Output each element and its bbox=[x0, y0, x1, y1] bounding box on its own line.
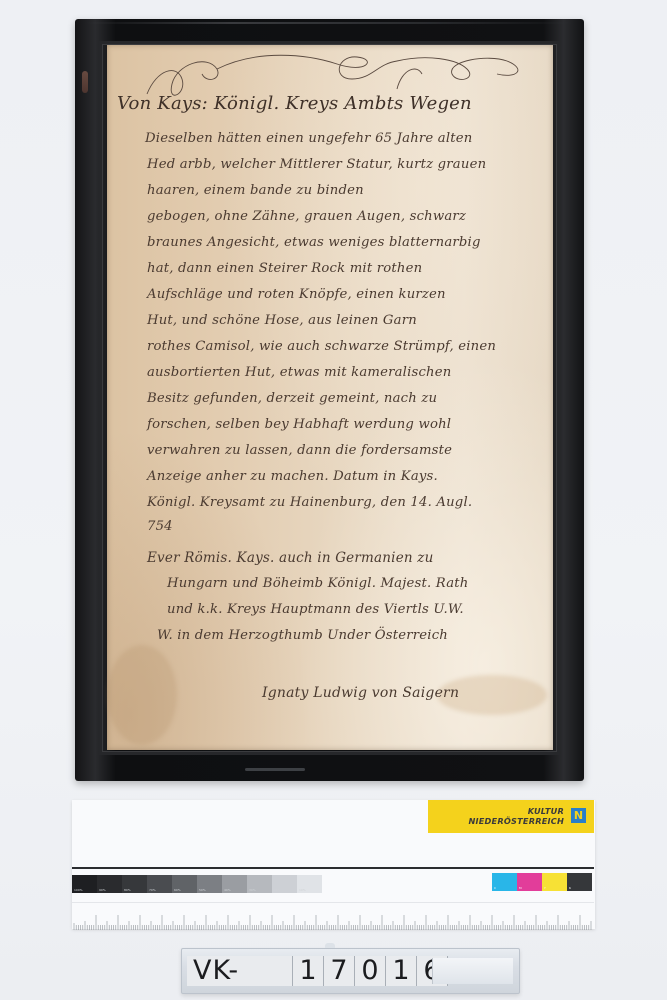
document-line: rothes Camisol, wie auch schwarze Strümp… bbox=[147, 339, 496, 354]
measurement-ruler bbox=[72, 902, 594, 930]
inventory-number: VK- 1 7 0 1 6 bbox=[187, 956, 448, 986]
document-line: ausbortierten Hut, etwas mit kameralisch… bbox=[147, 365, 451, 380]
color-reference-card: KULTUR NIEDERÖSTERREICH N 100% 90% 80% 7… bbox=[72, 800, 595, 929]
inventory-prefix: VK- bbox=[187, 956, 293, 986]
document-year: 754 bbox=[147, 519, 173, 534]
logo-text: KULTUR NIEDERÖSTERREICH bbox=[468, 806, 564, 826]
document-line: Königl. Kreysamt zu Hainenburg, den 14. … bbox=[147, 495, 472, 510]
cmyk-label: Y bbox=[544, 886, 546, 890]
gray-patch: 50% bbox=[197, 875, 222, 893]
yellow-patch: Y bbox=[542, 873, 567, 891]
gray-patch-label: 30% bbox=[249, 888, 256, 892]
inventory-digit: 1 bbox=[293, 956, 324, 986]
label-empty-slot bbox=[432, 958, 513, 984]
gray-patch-label: 60% bbox=[174, 888, 181, 892]
document-closing-line: Ever Römis. Kays. auch in Germanien zu bbox=[147, 550, 433, 566]
gray-patch-label: 100% bbox=[74, 888, 83, 892]
inventory-digit: 1 bbox=[386, 956, 417, 986]
document-line: Hut, und schöne Hose, aus leinen Garn bbox=[147, 313, 417, 328]
gray-patch-label: 50% bbox=[199, 888, 206, 892]
document-line: braunes Angesicht, etwas weniges blatter… bbox=[147, 235, 481, 250]
gray-patch-label: 90% bbox=[99, 888, 106, 892]
document-line: forschen, selben bey Habhaft werdung woh… bbox=[147, 417, 451, 432]
cmyk-strip: C M Y K bbox=[492, 873, 592, 891]
black-patch: K bbox=[567, 873, 592, 891]
gray-patch: 70% bbox=[147, 875, 172, 893]
gray-patch: 20% bbox=[272, 875, 297, 893]
document-line: Anzeige anher zu machen. Datum in Kays. bbox=[147, 469, 438, 484]
inventory-digit: 0 bbox=[355, 956, 386, 986]
card-divider bbox=[72, 867, 594, 869]
gray-patch: 40% bbox=[222, 875, 247, 893]
document-closing-line: und k.k. Kreys Hauptmann des Viertls U.W… bbox=[167, 602, 464, 617]
gray-scale-strip: 100% 90% 80% 70% 60% 50% 40% 30% 20% 10% bbox=[72, 875, 322, 893]
gray-patch: 30% bbox=[247, 875, 272, 893]
frame-wear-mark bbox=[82, 71, 88, 93]
gray-patch: 10% bbox=[297, 875, 322, 893]
gray-patch-label: 20% bbox=[274, 888, 281, 892]
document-line: gebogen, ohne Zähne, grauen Augen, schwa… bbox=[147, 209, 466, 224]
document-closing-line: Hungarn und Böheimb Königl. Majest. Rath bbox=[167, 576, 468, 591]
kultur-logo: KULTUR NIEDERÖSTERREICH N bbox=[428, 800, 594, 833]
document-line: Hed arbb, welcher Mittlerer Statur, kurt… bbox=[147, 157, 486, 172]
inventory-label-holder: VK- 1 7 0 1 6 bbox=[181, 948, 520, 994]
cyan-patch: C bbox=[492, 873, 517, 891]
document-line: verwahren zu lassen, dann die fordersams… bbox=[147, 443, 452, 458]
document-closing-line: W. in dem Herzogthumb Under Österreich bbox=[157, 628, 448, 643]
gray-patch: 80% bbox=[122, 875, 147, 893]
document-line: Besitz gefunden, derzeit gemeint, nach z… bbox=[147, 391, 437, 406]
gray-patch-label: 70% bbox=[149, 888, 156, 892]
gray-patch: 60% bbox=[172, 875, 197, 893]
logo-line-1: KULTUR bbox=[468, 806, 564, 816]
document-line: Dieselben hätten einen ungefehr 65 Jahre… bbox=[145, 131, 472, 146]
gray-patch-label: 40% bbox=[224, 888, 231, 892]
noe-logo-icon: N bbox=[571, 808, 586, 823]
age-stain bbox=[107, 645, 177, 745]
magenta-patch: M bbox=[517, 873, 542, 891]
document-line: haaren, einem bande zu binden bbox=[147, 183, 364, 198]
cmyk-label: C bbox=[494, 886, 496, 890]
frame-highlight-bottom bbox=[245, 768, 305, 771]
manuscript-paper: Von Kays: Königl. Kreys Ambts Wegen Dies… bbox=[107, 45, 553, 750]
cmyk-label: K bbox=[569, 886, 571, 890]
inventory-digit: 7 bbox=[324, 956, 355, 986]
logo-line-2: NIEDERÖSTERREICH bbox=[468, 816, 564, 826]
document-signature: Ignaty Ludwig von Saigern bbox=[262, 685, 459, 701]
ruler-ticks-icon bbox=[72, 903, 594, 930]
document-line: hat, dann einen Steirer Rock mit rothen bbox=[147, 261, 422, 276]
frame-highlight bbox=[85, 22, 574, 24]
cmyk-label: M bbox=[519, 886, 522, 890]
gray-patch-label: 10% bbox=[299, 888, 306, 892]
document-title: Von Kays: Königl. Kreys Ambts Wegen bbox=[117, 93, 472, 114]
gray-patch-label: 80% bbox=[124, 888, 131, 892]
gray-patch: 90% bbox=[97, 875, 122, 893]
document-line: Aufschläge und roten Knöpfe, einen kurze… bbox=[147, 287, 446, 302]
gray-patch: 100% bbox=[72, 875, 97, 893]
